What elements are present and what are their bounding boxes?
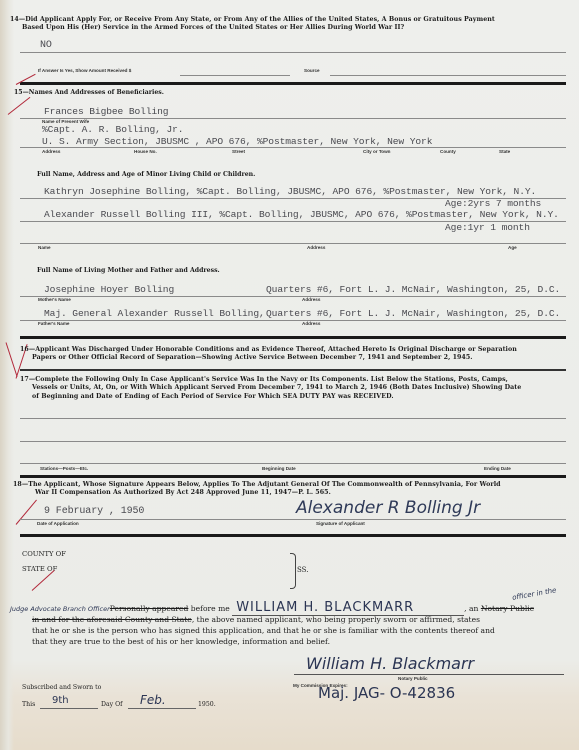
children-heading: Full Name, Address and Age of Minor Livi…: [37, 171, 255, 178]
child-2-age: Age:1yr 1 month: [445, 222, 530, 233]
month-value: Feb.: [140, 693, 166, 707]
struck-text: Personally appeared: [110, 604, 189, 613]
wife-address-line: [20, 147, 566, 148]
question-line: Did Applicant Apply For, or Receive From…: [25, 16, 495, 23]
paragraph-text: , an: [464, 604, 481, 613]
sea-duty-line-3[interactable]: [20, 463, 566, 464]
ss-label: SS.: [297, 566, 308, 574]
amount-label: If Answer Is Yes, Show Amount Received $: [38, 68, 131, 73]
section-number: 17—: [20, 376, 35, 383]
handwritten-prefix: Judge Advocate Branch Officer: [10, 605, 110, 613]
section-number: 14—: [10, 16, 25, 23]
signature-label: Signature of Applicant: [316, 521, 365, 526]
section-14-answer: NO: [40, 40, 52, 51]
paper-edge: [0, 0, 14, 750]
notary-paragraph-line2: in and for the aforesaid County and Stat…: [32, 615, 480, 625]
application-date: 9 February , 1950: [44, 506, 144, 517]
wife-name-line: [20, 118, 566, 119]
label-address: Address: [307, 245, 325, 250]
year-label: 1950.: [198, 701, 216, 708]
officer-name: WILLIAM H. BLACKMARR: [232, 600, 464, 616]
section-divider: [20, 534, 566, 537]
question-line: Based Upon His (Her) Service in the Arme…: [10, 24, 566, 32]
notary-signature-line: [294, 674, 564, 675]
notary-paragraph-line1: Judge Advocate Branch OfficerPersonally …: [10, 603, 570, 614]
children-bottom-line: [20, 243, 566, 244]
section-number: 16—: [20, 346, 35, 353]
father-address-label: Address: [302, 321, 320, 326]
label-beginning-date: Beginning Date: [262, 466, 296, 471]
county-label: COUNTY OF: [22, 550, 66, 558]
label-stations: Stations—Posts—Etc.: [40, 466, 88, 471]
wife-name: Frances Bigbee Bolling: [44, 106, 168, 117]
child-2-line: Alexander Russell Bolling III, %Capt. Bo…: [44, 209, 559, 220]
date-label: Date of Application: [37, 521, 79, 526]
struck-county: in and for the aforesaid County and Stat…: [32, 615, 192, 624]
notary-signature: William H. Blackmarr: [306, 654, 474, 673]
section-16-text: 16—Applicant Was Discharged Under Honora…: [20, 346, 568, 363]
label-address: Address: [42, 149, 60, 154]
parents-heading: Full Name of Living Mother and Father an…: [37, 267, 220, 274]
section-number: 18—: [13, 481, 28, 488]
source-field-line: [330, 75, 566, 76]
day-value: 9th: [52, 695, 69, 706]
mother-address: Quarters #6, Fort L. J. McNair, Washingt…: [266, 284, 560, 295]
mother-address-label: Address: [302, 297, 320, 302]
label-county: County: [440, 149, 456, 154]
label-city: City or Town: [363, 149, 390, 154]
section-14-question: 14—Did Applicant Apply For, or Receive F…: [10, 16, 566, 33]
mother-name: Josephine Hoyer Bolling: [44, 284, 174, 295]
commission-value: Maj. JAG- O-42836: [318, 684, 455, 702]
section-line: War II Compensation As Authorized By Act…: [13, 489, 569, 497]
section-15-heading: 15—Names And Addresses of Beneficiaries.: [14, 89, 164, 96]
father-name-label: Father's Name: [38, 321, 69, 326]
label-state: State: [499, 149, 510, 154]
mother-line: [20, 296, 566, 297]
this-label: This: [22, 701, 35, 708]
sea-duty-line-1[interactable]: [20, 418, 566, 419]
child-1-line: Kathryn Josephine Bolling, %Capt. Bollin…: [44, 186, 536, 197]
subscribed-label: Subscribed and Sworn to: [22, 684, 101, 691]
section-line: Applicant Was Discharged Under Honorable…: [35, 346, 517, 353]
paragraph-text: before me: [188, 604, 232, 613]
wife-address-line1: %Capt. A. R. Bolling, Jr.: [42, 124, 183, 135]
label-ending-date: Ending Date: [484, 466, 511, 471]
section-divider: [20, 369, 566, 371]
section-divider: [20, 336, 566, 339]
date-signature-line: [20, 519, 566, 520]
notary-paragraph-line4: that they are true to the best of his or…: [32, 637, 330, 647]
month-line: [128, 708, 196, 709]
mother-name-label: Mother's Name: [38, 297, 71, 302]
section-line: Vessels or Units, At, On, or With Which …: [20, 384, 568, 392]
amount-field-line: [180, 75, 290, 76]
day-line: [40, 708, 98, 709]
notary-label: Notary Public: [398, 676, 428, 681]
father-name: Maj. General Alexander Russell Bolling,: [44, 308, 265, 319]
child-1-age: Age:2yrs 7 months: [445, 198, 541, 209]
label-age: Age: [508, 245, 517, 250]
section-divider: [20, 82, 566, 85]
section-17-text: 17—Complete the Following Only In Case A…: [20, 376, 568, 401]
section-line: The Applicant, Whose Signature Appears B…: [28, 481, 500, 488]
struck-notary: Notary Public: [481, 604, 534, 613]
paragraph-text: , the above named applicant, who being p…: [192, 615, 480, 624]
sea-duty-line-2[interactable]: [20, 441, 566, 442]
label-house-no: House No.: [134, 149, 157, 154]
source-label: Source: [304, 68, 320, 73]
father-line: [20, 320, 566, 321]
applicant-signature: Alexander R Bolling Jr: [296, 498, 480, 518]
section-line: Papers or Other Official Record of Separ…: [20, 354, 568, 362]
notary-paragraph-line3: that he or she is the person who has sig…: [32, 626, 495, 636]
section-divider: [20, 475, 566, 478]
section-18-text: 18—The Applicant, Whose Signature Appear…: [13, 481, 569, 498]
answer-line: [20, 52, 566, 53]
wife-address-line2: U. S. Army Section, JBUSMC , APO 676, %P…: [42, 136, 432, 147]
label-street: Street: [232, 149, 245, 154]
section-line: of Beginning and Date of Ending of Each …: [20, 393, 568, 401]
section-line: Complete the Following Only In Case Appl…: [35, 376, 508, 383]
day-of-label: Day Of: [101, 701, 122, 708]
ss-bracket: [290, 553, 296, 589]
label-name: Name: [38, 245, 51, 250]
father-address: Quarters #6, Fort L. J. McNair, Washingt…: [266, 308, 560, 319]
